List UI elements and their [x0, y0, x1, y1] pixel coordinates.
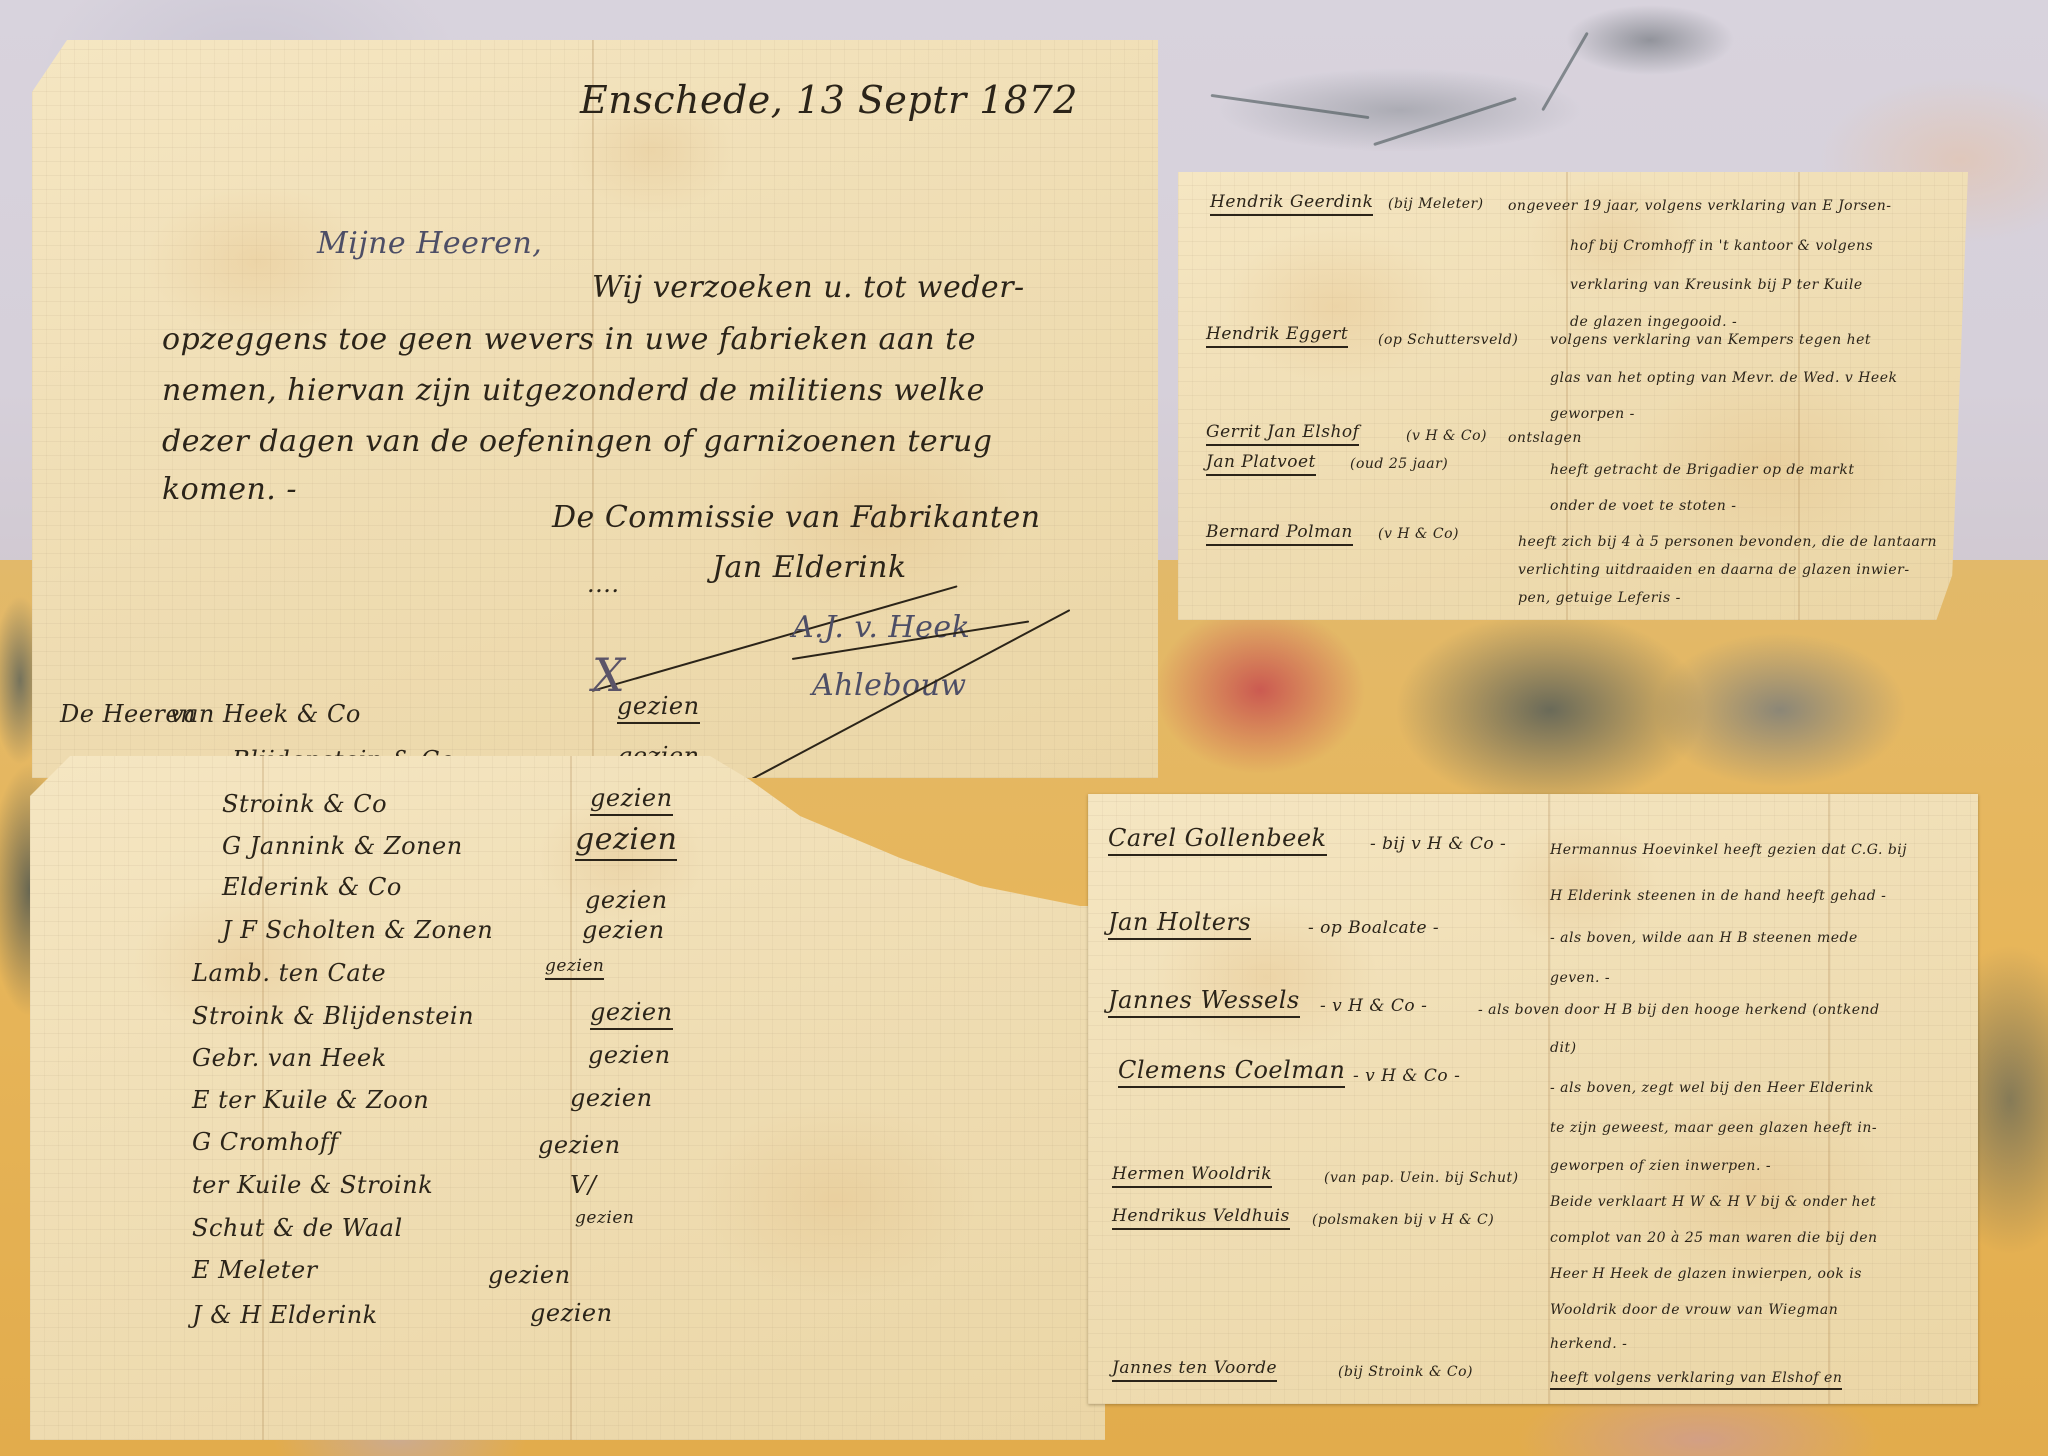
person-employer: (bij Stroink & Co): [1338, 1364, 1473, 1380]
person-employer: - v H & Co -: [1353, 1066, 1460, 1086]
person-employer: (op Schuttersveld): [1378, 332, 1518, 348]
person-name: Carel Gollenbeek: [1108, 824, 1327, 856]
person-employer: - bij v H & Co -: [1370, 834, 1506, 854]
recipient-name: Elderink & Co: [222, 873, 402, 901]
recipient-status: gezien: [590, 784, 673, 816]
person-name: Clemens Coelman: [1118, 1056, 1345, 1088]
person-name: Bernard Polman: [1206, 522, 1353, 546]
recipient-name: ter Kuile & Stroink: [192, 1171, 433, 1199]
letter-body-line: nemen, hiervan zijn uitgezonderd de mili…: [162, 373, 985, 408]
remark-line: geworpen of zien inwerpen. -: [1550, 1158, 1771, 1174]
recipient-name: J & H Elderink: [192, 1301, 378, 1329]
person-employer: - v H & Co -: [1320, 996, 1427, 1016]
person-name: Hendrik Eggert: [1206, 324, 1348, 348]
signature-jan-elderink: Jan Elderink: [712, 550, 907, 585]
person-employer: (polsmaken bij v H & C): [1312, 1212, 1494, 1228]
person-name: Jannes ten Voorde: [1112, 1358, 1277, 1382]
note-line: verklaring van Kreusink bij P ter Kuile: [1570, 277, 1863, 293]
note-line: onder de voet te stoten -: [1550, 498, 1736, 514]
letter-body-line: dezer dagen van de oefeningen of garnizo…: [162, 424, 993, 459]
note-line: ontslagen: [1508, 430, 1582, 446]
recipient-status: gezien: [545, 956, 604, 980]
person-employer: (van pap. Uein. bij Schut): [1324, 1170, 1519, 1186]
recipient-name: J F Scholten & Zonen: [222, 916, 493, 944]
recipient-name: E Meleter: [192, 1256, 318, 1284]
note-line: ongeveer 19 jaar, volgens verklaring van…: [1508, 198, 1892, 214]
recipient-name: van Heek & Co: [170, 700, 361, 728]
person-name: Jan Holters: [1108, 908, 1251, 940]
signature-ahlebouw: Ahlebouw: [812, 668, 967, 703]
incident-notes-sheet-2: Carel Gollenbeek - bij v H & Co - Jan Ho…: [1088, 794, 1978, 1404]
recipient-status: V/: [570, 1171, 596, 1199]
note-line: glas van het opting van Mevr. de Wed. v …: [1550, 370, 1897, 386]
remark-line: heeft volgens verklaring van Elshof en: [1550, 1370, 1842, 1390]
note-line: volgens verklaring van Kempers tegen het: [1550, 332, 1871, 348]
remark-line: herkend. -: [1550, 1336, 1627, 1352]
recipient-status: gezien: [590, 998, 673, 1030]
note-line: heeft zich bij 4 à 5 personen bevonden, …: [1518, 534, 1937, 550]
person-name: Hermen Wooldrik: [1112, 1164, 1272, 1188]
recipient-name: Lamb. ten Cate: [192, 959, 386, 987]
remark-line: Beide verklaart H W & H V bij & onder he…: [1550, 1194, 1876, 1210]
recipient-status: gezien: [538, 1131, 621, 1159]
remark-line: complot van 20 à 25 man waren die bij de…: [1550, 1230, 1878, 1246]
note-line: pen, getuige Leferis -: [1518, 590, 1681, 606]
recipient-name: Gebr. van Heek: [192, 1044, 387, 1072]
remark-line: H Elderink steenen in de hand heeft geha…: [1550, 888, 1886, 904]
recipient-status: gezien: [575, 1208, 634, 1228]
remark-line: te zijn geweest, maar geen glazen heeft …: [1550, 1120, 1877, 1136]
person-name: Jan Platvoet: [1206, 452, 1316, 476]
note-line: hof bij Cromhoff in 't kantoor & volgens: [1570, 238, 1873, 254]
recipient-status: gezien: [585, 886, 668, 914]
recipient-name: G Cromhoff: [192, 1128, 339, 1156]
letter-salutation: Mijne Heeren,: [317, 226, 542, 261]
letter-closing: De Commissie van Fabrikanten: [552, 500, 1041, 535]
recipient-name: Stroink & Co: [222, 790, 387, 818]
note-line: geworpen -: [1550, 406, 1635, 422]
remark-line: - als boven, wilde aan H B steenen mede: [1550, 930, 1858, 946]
person-employer: (oud 25 jaar): [1350, 456, 1448, 472]
person-name: Hendrik Geerdink: [1210, 192, 1373, 216]
person-employer: (v H & Co): [1406, 428, 1487, 444]
recipient-status: gezien: [582, 916, 665, 944]
recipient-status: gezien: [617, 692, 700, 724]
remark-line: - als boven, zegt wel bij den Heer Elder…: [1550, 1080, 1874, 1096]
recipient-status: gezien: [588, 1041, 671, 1069]
recipient-status: gezien: [575, 822, 677, 861]
remark-line: - als boven door H B bij den hooge herke…: [1478, 1002, 1880, 1018]
letter-body-line: opzeggens toe geen wevers in uwe fabriek…: [162, 322, 976, 357]
person-employer: (bij Meleter): [1388, 196, 1484, 212]
note-line: heeft getracht de Brigadier op de markt: [1550, 462, 1854, 478]
person-name: Hendrikus Veldhuis: [1112, 1206, 1290, 1230]
signature-v-heek: A.J. v. Heek: [792, 610, 970, 645]
recipient-status: gezien: [488, 1261, 571, 1289]
letter-sheet: Enschede, 13 Septr 1872 Mijne Heeren, Wi…: [32, 40, 1158, 778]
recipient-name: G Jannink & Zonen: [222, 832, 463, 860]
person-employer: (v H & Co): [1378, 526, 1459, 542]
remark-line: dit): [1550, 1040, 1577, 1056]
remark-line: Wooldrik door de vrouw van Wiegman: [1550, 1302, 1838, 1318]
recipient-status: gezien: [530, 1299, 613, 1327]
letter-body-line: Wij verzoeken u. tot weder-: [592, 270, 1025, 305]
remark-line: Heer H Heek de glazen inwierpen, ook is: [1550, 1266, 1862, 1282]
recipient-name: Schut & de Waal: [192, 1214, 403, 1242]
person-name: Jannes Wessels: [1108, 986, 1300, 1018]
remark-line: Hermannus Hoevinkel heeft gezien dat C.G…: [1550, 842, 1907, 858]
letter-date: Enschede, 13 Septr 1872: [580, 78, 1078, 122]
remark-line: geven. -: [1550, 970, 1610, 986]
note-line: verlichting uitdraaiden en daarna de gla…: [1518, 562, 1910, 578]
recipient-name: E ter Kuile & Zoon: [192, 1086, 429, 1114]
person-name: Gerrit Jan Elshof: [1206, 422, 1359, 446]
incident-notes-sheet-1: Hendrik Geerdink (bij Meleter) ongeveer …: [1178, 172, 1968, 620]
recipient-name: Stroink & Blijdenstein: [192, 1002, 474, 1030]
ellipsis-mark: ....: [587, 570, 620, 598]
note-line: de glazen ingegooid. -: [1570, 314, 1737, 330]
letter-body-line: komen. -: [162, 472, 297, 507]
person-employer: - op Boalcate -: [1308, 918, 1439, 938]
recipient-status: gezien: [570, 1084, 653, 1112]
